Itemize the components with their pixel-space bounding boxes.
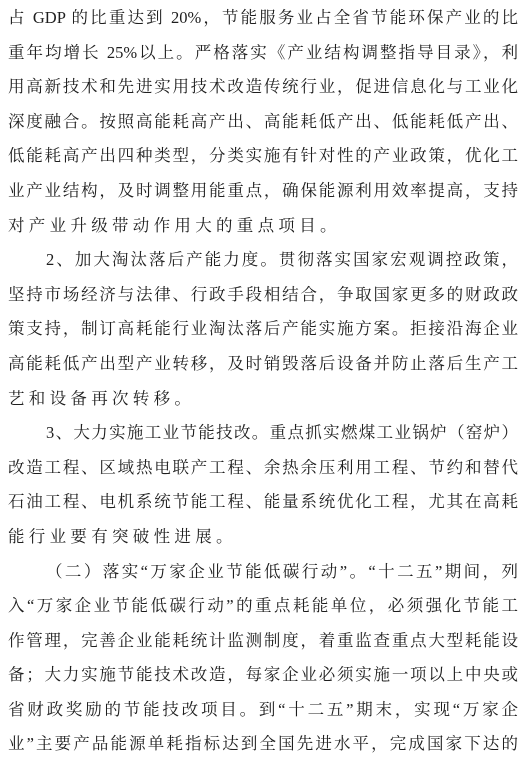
text-line: 业产业结构，及时调整用能重点，确保能源利用效率提高，支持	[8, 174, 518, 209]
text-line: 坚持市场经济与法律、行政手段相结合，争取国家更多的财政政	[8, 278, 518, 313]
text-line: 高能耗低产出型产业转移，及时销毁落后设备并防止落后生产工	[8, 347, 518, 382]
text-line: 作管理，完善企业能耗统计监测制度，着重监查重点大型耗能设	[8, 624, 518, 659]
text-line: 重年均增长 25%以上。严格落实《产业结构调整指导目录》，利	[8, 36, 518, 71]
text-line: 占 GDP 的比重达到 20%，节能服务业占全省节能环保产业的比	[8, 1, 518, 36]
text-line: 省财政奖励的节能技改项目。到“十二五”期末，实现“万家企	[8, 693, 518, 728]
text-line: 能行业要有突破性进展。	[8, 520, 518, 555]
text-line: 入“万家企业节能低碳行动”的重点耗能单位，必须强化节能工	[8, 589, 518, 624]
text-line: 策支持，制订高耗能行业淘汰落后产能实施方案。拒接沿海企业	[8, 312, 518, 347]
text-line: 业”主要产品能源单耗指标达到全国先进水平，完成国家下达的	[8, 727, 518, 762]
text-line: 低能耗高产出四种类型，分类实施有针对性的产业政策，优化工	[8, 139, 518, 174]
text-line: 对产业升级带动作用大的重点项目。	[8, 209, 518, 244]
text-line: 用高新技术和先进实用技术改造传统行业，促进信息化与工业化	[8, 70, 518, 105]
text-line: 备；大力实施节能技术改造，每家企业必须实施一项以上中央或	[8, 658, 518, 693]
text-line: 石油工程、电机系统节能工程、能量系统优化工程，尤其在高耗	[8, 485, 518, 520]
text-line: 2、加大淘汰落后产能力度。贯彻落实国家宏观调控政策，	[8, 243, 518, 278]
text-line: 3、大力实施工业节能技改。重点抓实燃煤工业锅炉（窑炉）	[8, 416, 518, 451]
document-page: 占 GDP 的比重达到 20%，节能服务业占全省节能环保产业的比 重年均增长 2…	[0, 0, 526, 763]
text-line: 改造工程、区域热电联产工程、余热余压利用工程、节约和替代	[8, 451, 518, 486]
text-line: （二）落实“万家企业节能低碳行动”。“十二五”期间，列	[8, 555, 518, 590]
text-line: 艺和设备再次转移。	[8, 382, 518, 417]
text-line: 深度融合。按照高能耗高产出、高能耗低产出、低能耗低产出、	[8, 105, 518, 140]
